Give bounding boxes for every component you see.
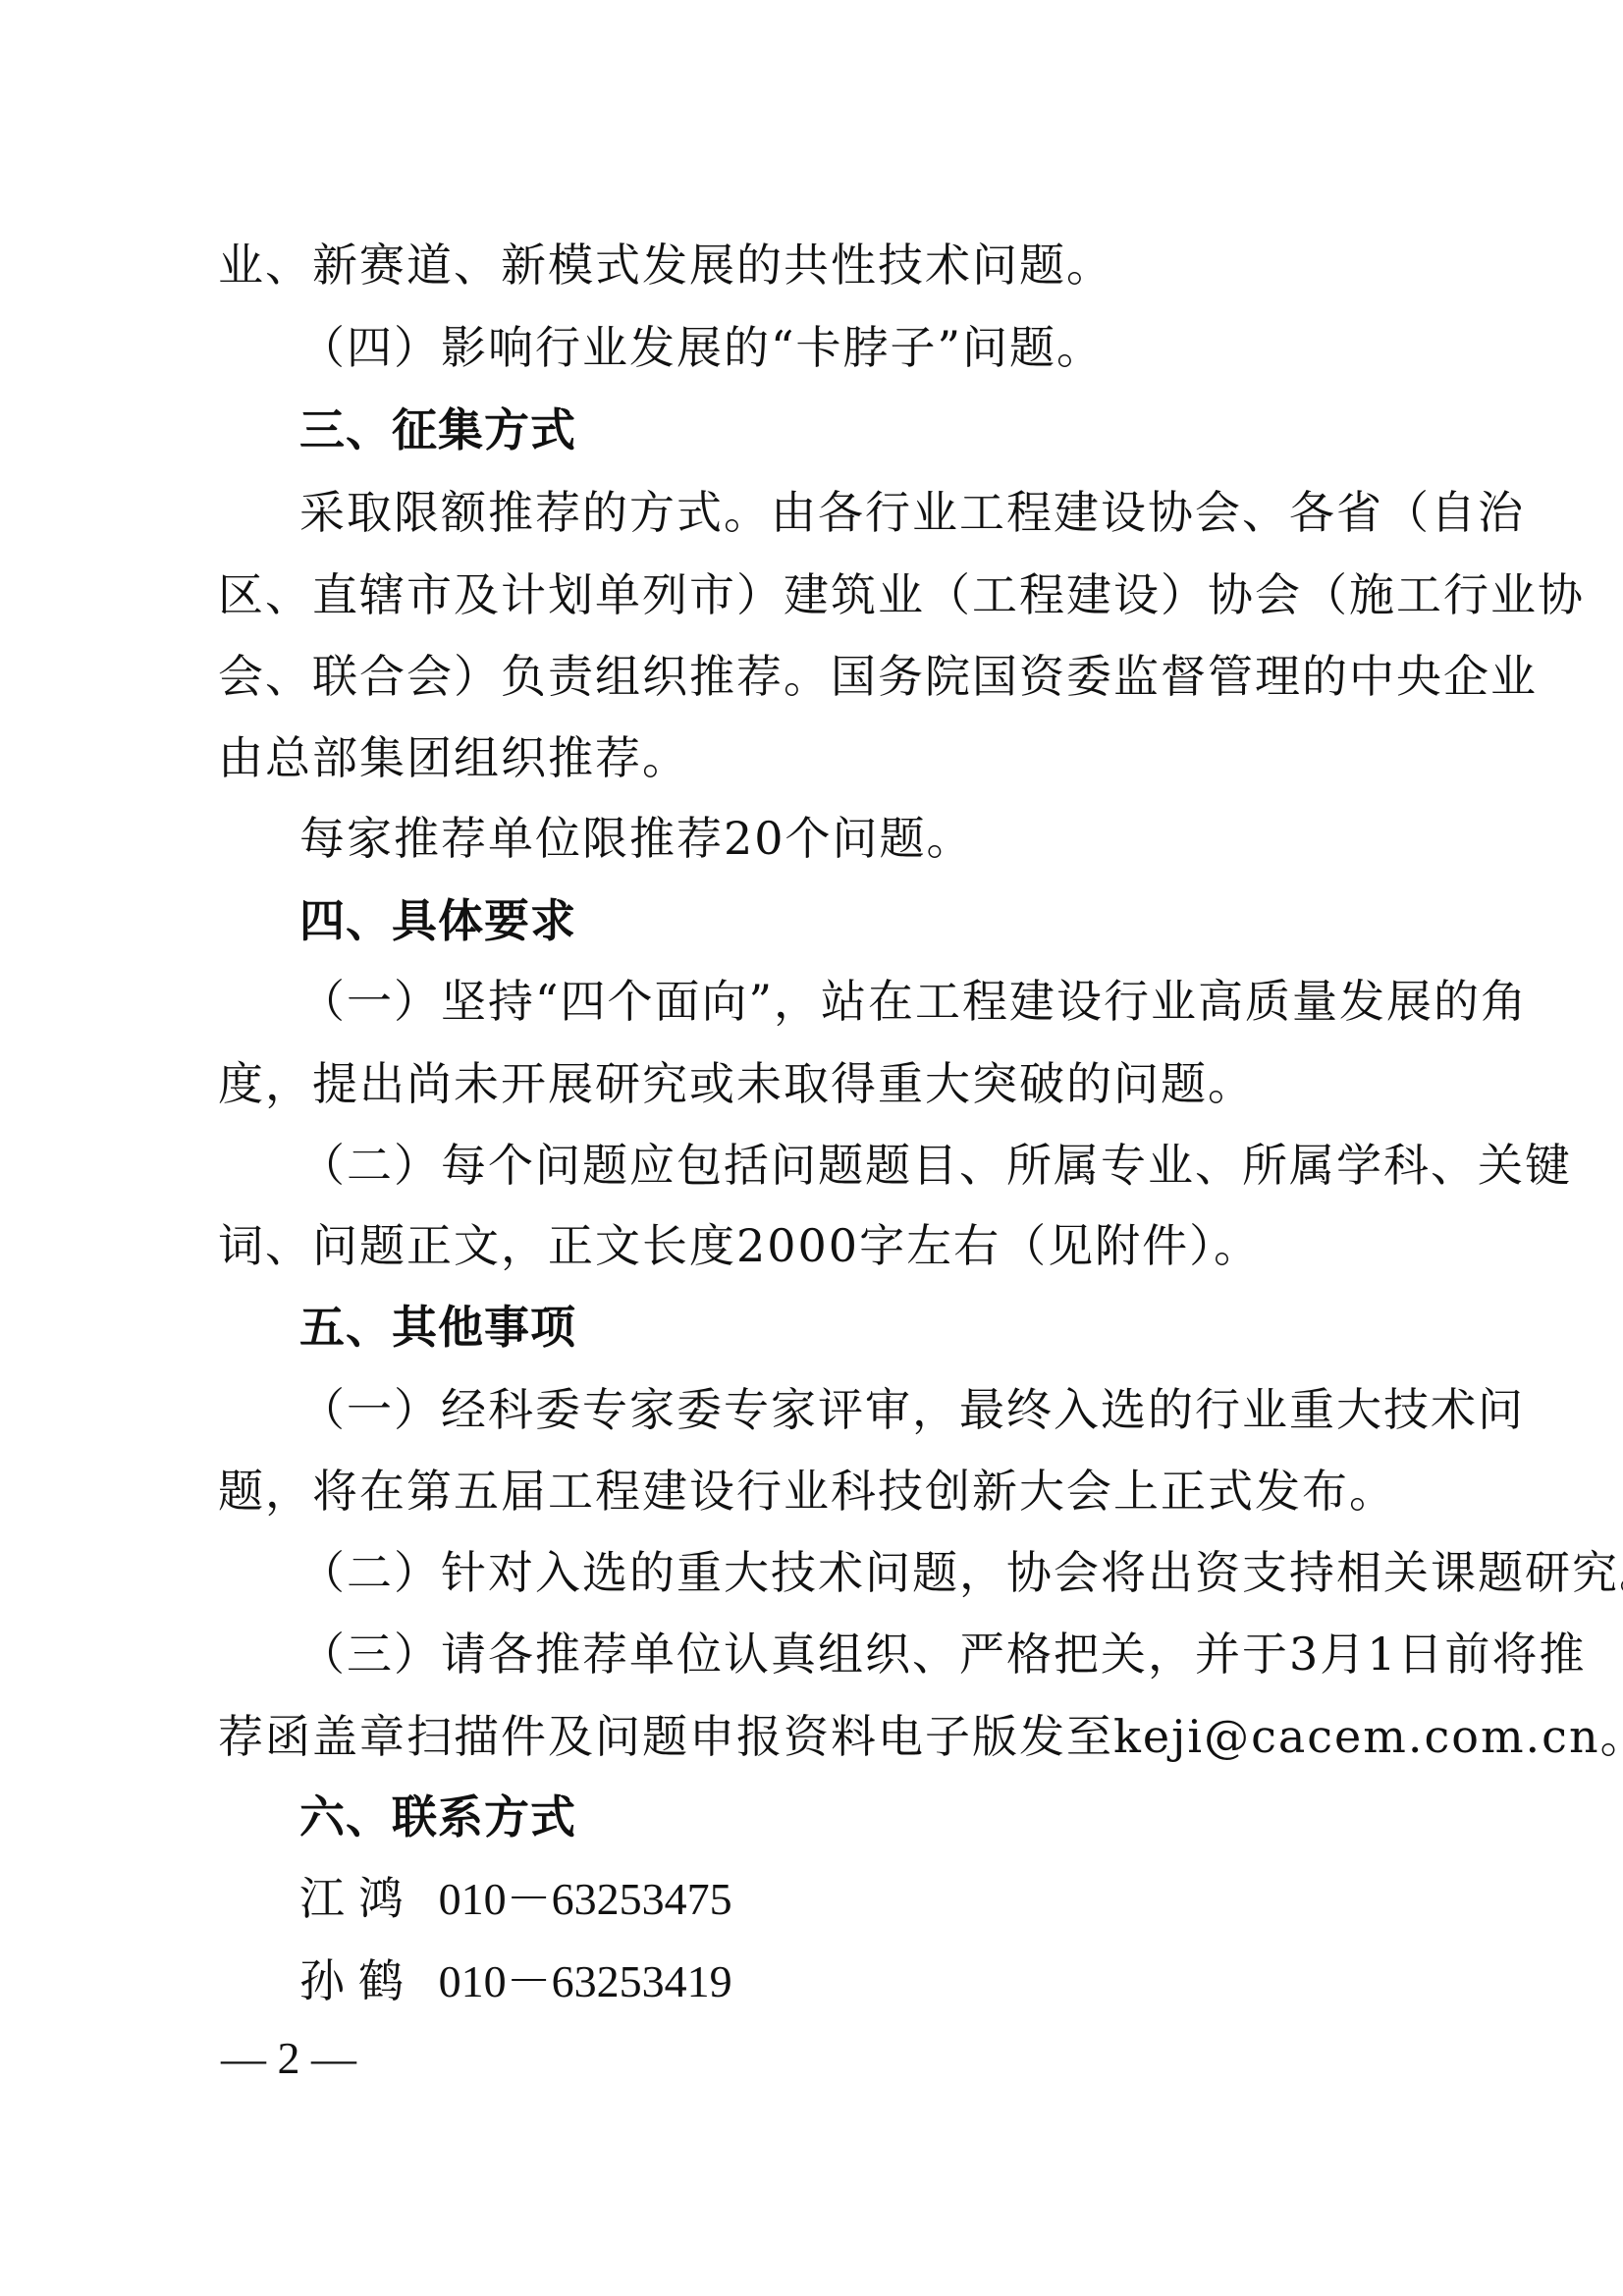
paragraph-line: （一）经科委专家委专家评审，最终入选的行业重大技术问 [299,1380,1416,1439]
paragraph-line: （一）坚持“四个面向”，站在工程建设行业高质量发展的角 [299,972,1416,1031]
paragraph-line: （二）针对入选的重大技术问题，协会将出资支持相关课题研究。 [299,1543,1416,1602]
contact-row: 江鸿 010－63253475 [299,1869,1416,1929]
paragraph-line: 度，提出尚未开展研究或未取得重大突破的问题。 [218,1054,1416,1113]
section-heading-5: 五、其他事项 [299,1298,1416,1357]
paragraph-line: 每家推荐单位限推荐20个问题。 [299,809,1416,868]
paragraph-line: 会、联合会）负责组织推荐。国务院国资委监督管理的中央企业 [218,647,1416,706]
contact-row: 孙鹤 010－63253419 [299,1951,1416,2011]
paragraph-line: （四）影响行业发展的“卡脖子”问题。 [299,318,1416,377]
contact-phone: 010－63253475 [439,1874,732,1924]
contact-name: 江鸿 [299,1869,422,1928]
paragraph-line: 由总部集团组织推荐。 [218,728,1416,787]
paragraph-line: （二）每个问题应包括问题题目、所属专业、所属学科、关键 [299,1136,1416,1195]
paragraph-line: 区、直辖市及计划单列市）建筑业（工程建设）协会（施工行业协 [218,565,1416,624]
paragraph-line: 采取限额推荐的方式。由各行业工程建设协会、各省（自治 [299,483,1416,542]
section-heading-4: 四、具体要求 [299,891,1416,950]
section-heading-6: 六、联系方式 [299,1788,1416,1846]
contact-name: 孙鹤 [299,1951,422,2010]
contact-phone: 010－63253419 [439,1956,732,2006]
paragraph-line: 题，将在第五届工程建设行业科技创新大会上正式发布。 [218,1462,1416,1521]
paragraph-line: （三）请各推荐单位认真组织、严格把关，并于3月1日前将推 [299,1625,1416,1683]
paragraph-line: 业、新赛道、新模式发展的共性技术问题。 [218,236,1416,294]
section-heading-3: 三、征集方式 [299,400,1416,459]
paragraph-line: 荐函盖章扫描件及问题申报资料电子版发至keji@cacem.com.cn。 [218,1707,1416,1766]
paragraph-line: 词、问题正文，正文长度2000字左右（见附件）。 [218,1216,1416,1275]
page-number: — 2 — [221,2034,356,2083]
